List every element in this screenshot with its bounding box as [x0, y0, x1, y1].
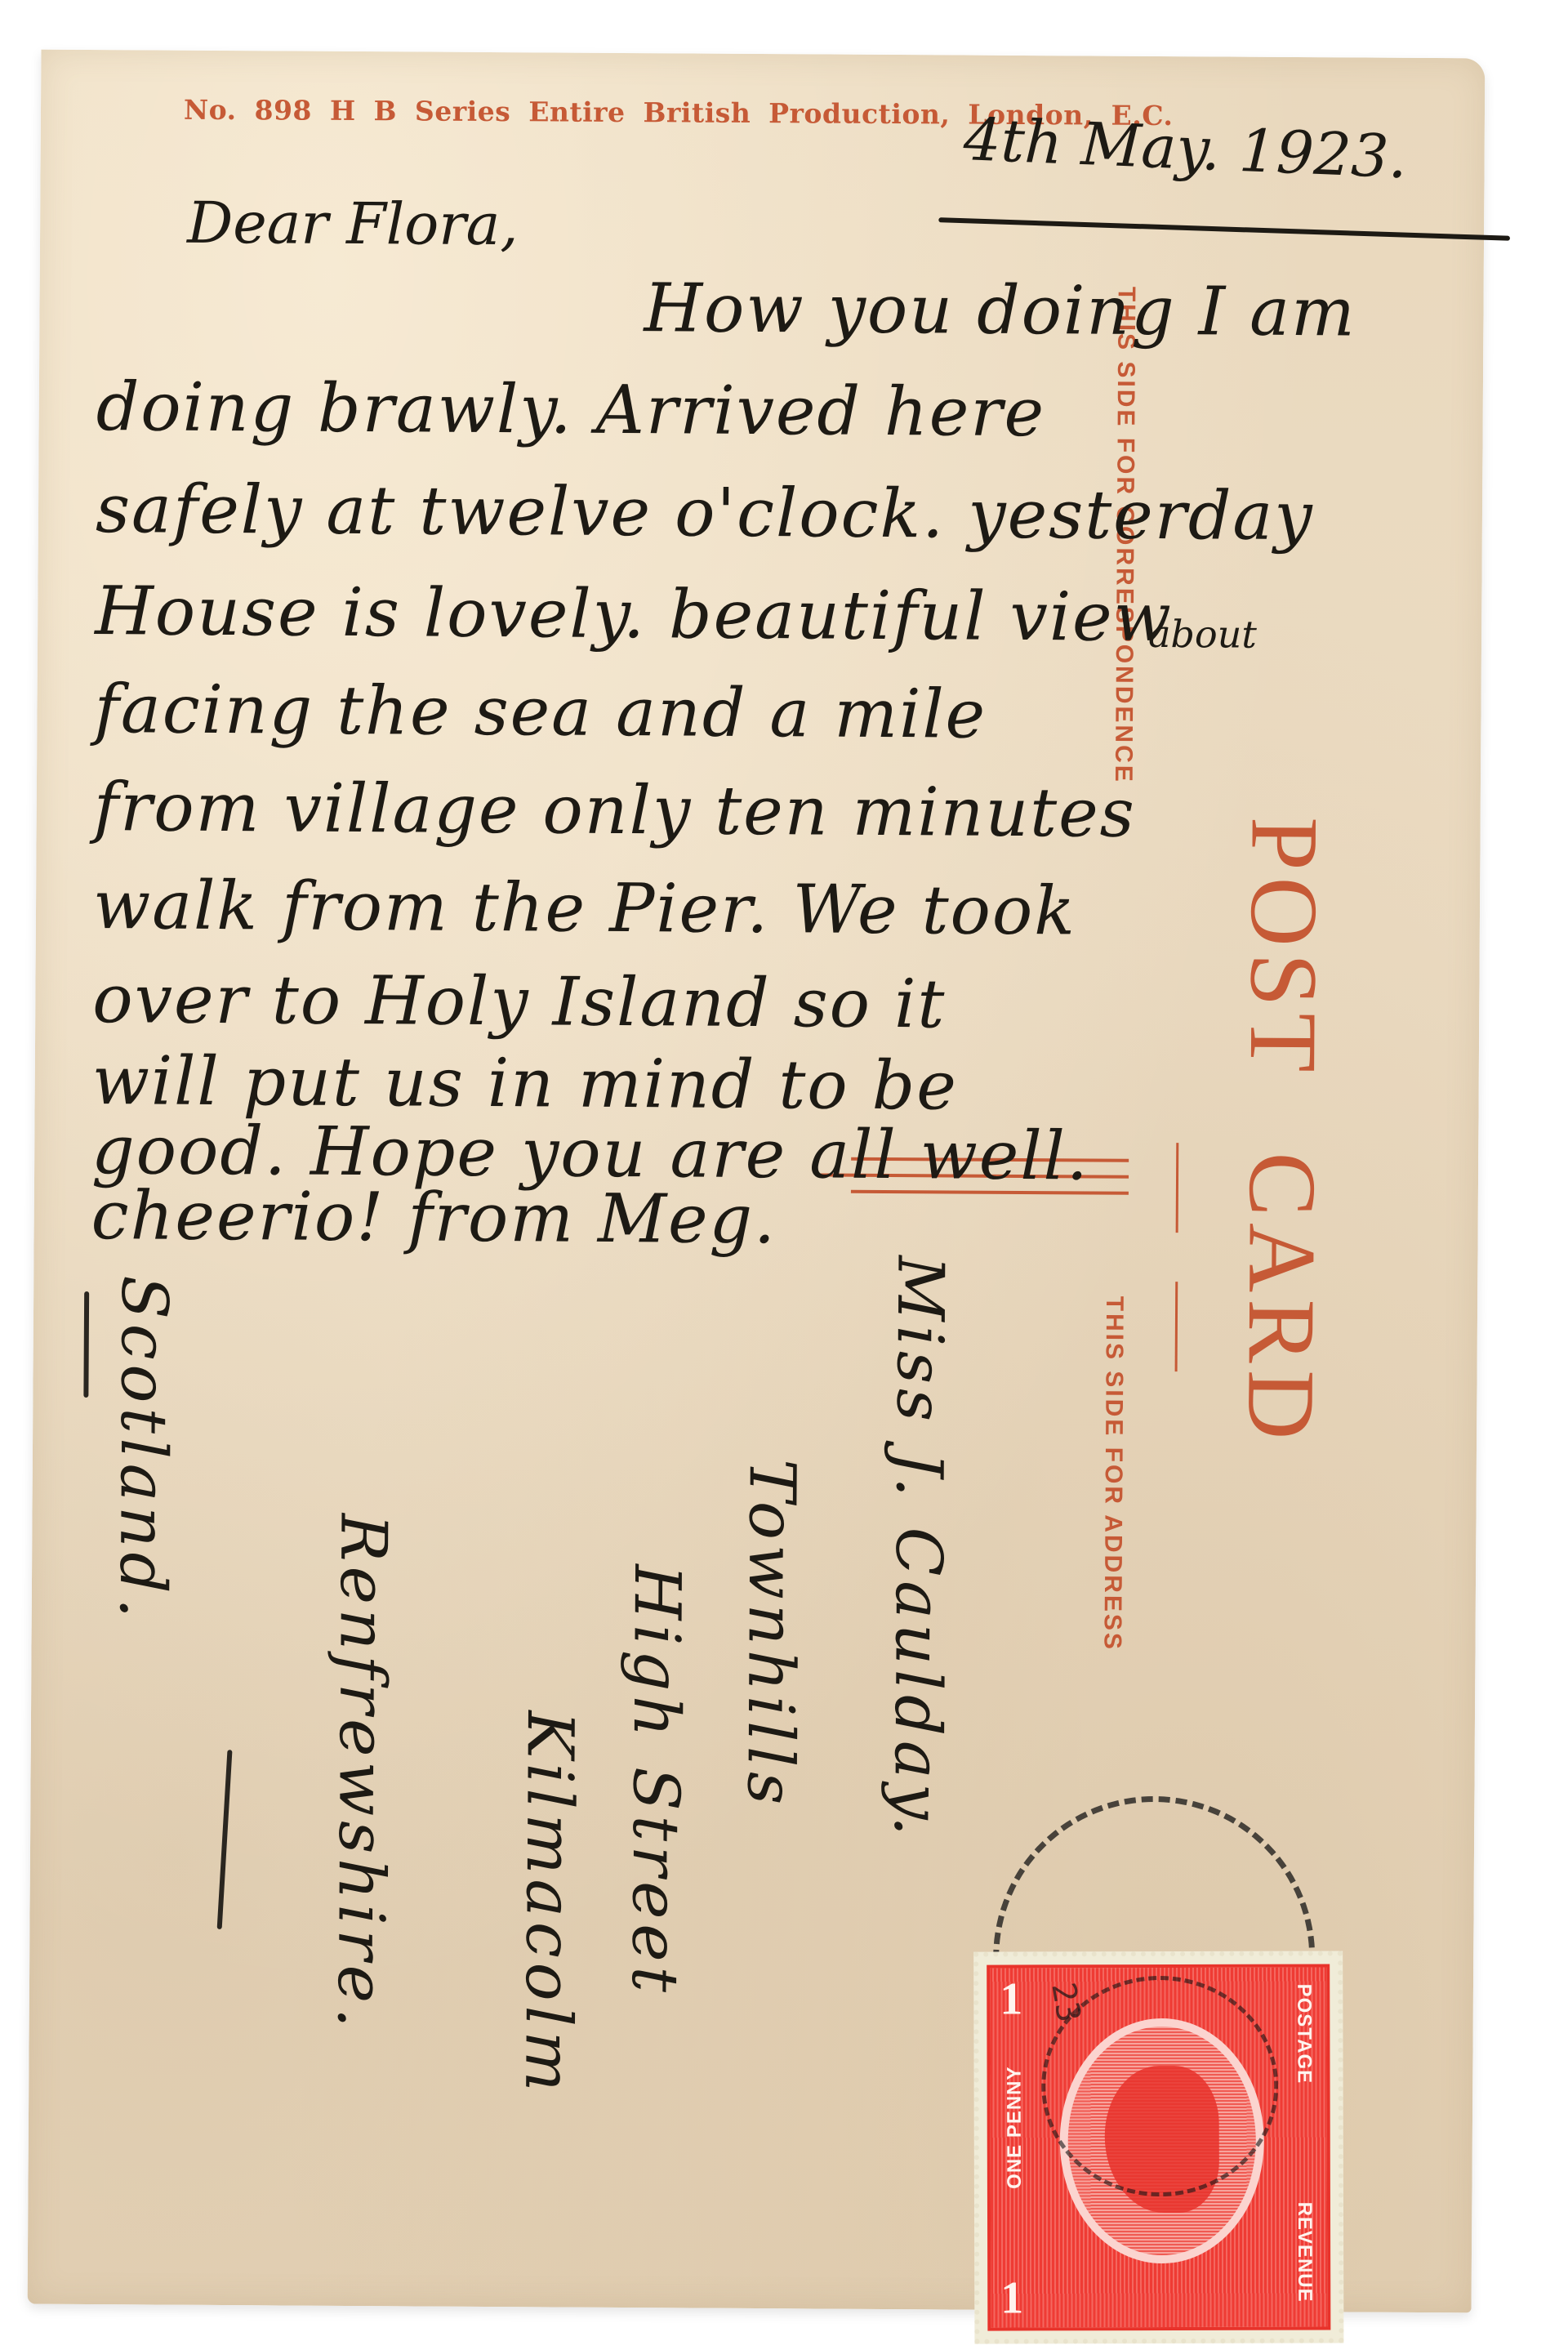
message-line: walk from the Pier. We took	[93, 867, 1077, 950]
postcard-title: POSTCARD	[1225, 817, 1340, 1447]
stamp-denomination: ONE PENNY	[1004, 2066, 1027, 2188]
message-line: House is lovely. beautiful view	[95, 573, 1173, 657]
stamp-value: 1	[1000, 2272, 1023, 2324]
address-dash	[217, 1750, 233, 1929]
stamp-bottom-label: REVENUE	[1293, 2201, 1316, 2302]
message-line: facing the sea and a mile	[94, 671, 987, 754]
message-line: from village only ten minutes	[93, 769, 1136, 853]
address-underline	[83, 1291, 89, 1398]
title-post: POST	[1230, 817, 1339, 1079]
postmark-text: 23	[1044, 1980, 1087, 2025]
stamp-top-label: POSTAGE	[1292, 1984, 1315, 2085]
message-insertion: about	[1148, 612, 1257, 657]
message-line: over to Holy Island so it	[92, 961, 947, 1043]
address-line: Miss J. Caulday.	[880, 1255, 956, 1841]
stamp-value: 1	[1000, 1973, 1022, 2025]
address-line: High Street	[617, 1564, 693, 1997]
message-line: doing brawly. Arrived here	[96, 368, 1045, 452]
date-underline	[938, 217, 1510, 241]
address-line: Scotland.	[105, 1275, 181, 1623]
address-line: Kilmacolm	[510, 1710, 586, 2097]
divider-line	[1175, 1282, 1178, 1371]
address-line: Renfrewshire.	[323, 1514, 400, 2033]
message-line: How you doing I am	[644, 270, 1356, 351]
message-line: cheerio! from Meg.	[91, 1177, 777, 1259]
message-date: 4th May. 1923.	[962, 105, 1409, 191]
address-label: THIS SIDE FOR ADDRESS	[1098, 1296, 1128, 1652]
postcard: No. 898 H B Series Entire British Produc…	[28, 50, 1486, 2313]
address-line: Townhills	[733, 1459, 808, 1810]
title-card: CARD	[1227, 1152, 1336, 1447]
divider-line	[1176, 1143, 1179, 1233]
message-line: safely at twelve o'clock. yesterday	[96, 470, 1314, 555]
message-salutation: Dear Flora,	[187, 190, 519, 258]
